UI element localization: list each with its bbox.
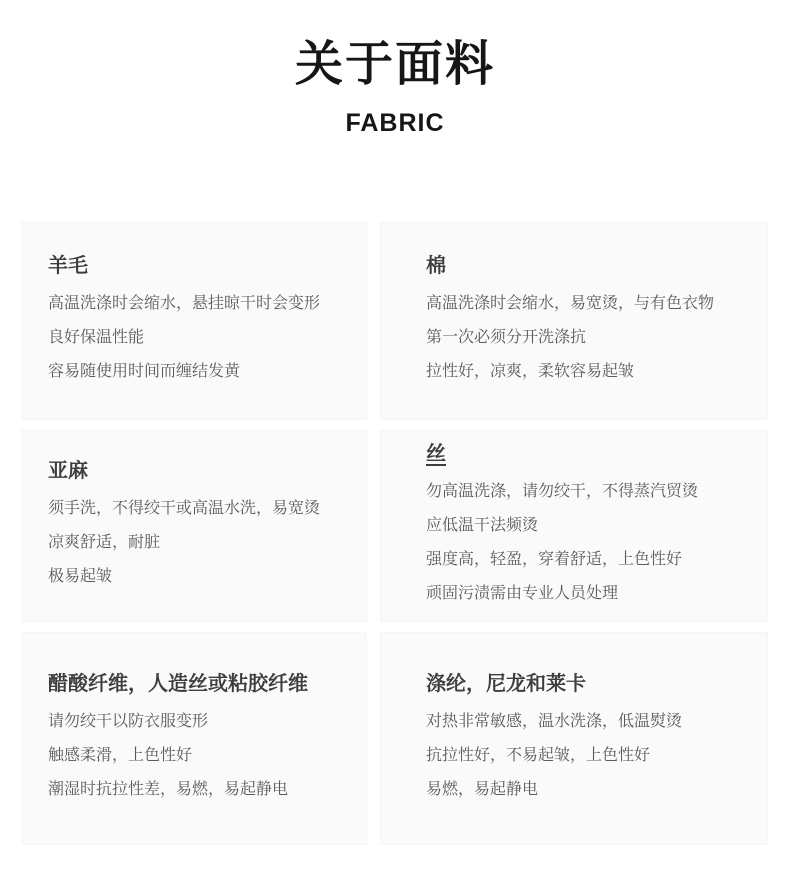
card-line: 容易随使用时间而缠结发黄 xyxy=(48,355,348,389)
card-line: 易燃，易起静电 xyxy=(426,773,749,807)
card-line: 高温洗涤时会缩水，易宽烫，与有色衣物 xyxy=(426,287,749,321)
card-line: 请勿绞干以防衣服变形 xyxy=(48,705,348,739)
card-line: 抗拉性好，不易起皱，上色性好 xyxy=(426,739,749,773)
card-title: 丝 xyxy=(426,441,749,467)
card-line: 潮湿时抗拉性差，易燃，易起静电 xyxy=(48,773,348,807)
card-title: 亚麻 xyxy=(48,458,348,484)
fabric-card-linen: 亚麻 须手洗，不得绞干或高温水洗，易宽烫 凉爽舒适，耐脏 极易起皱 xyxy=(22,430,367,622)
card-line: 凉爽舒适，耐脏 xyxy=(48,526,348,560)
page-header: 关于面料 FABRIC xyxy=(0,0,790,138)
card-line: 触感柔滑，上色性好 xyxy=(48,739,348,773)
card-line: 须手洗，不得绞干或高温水洗，易宽烫 xyxy=(48,492,348,526)
card-line: 第一次必须分开洗涤抗 xyxy=(426,321,749,355)
card-line: 良好保温性能 xyxy=(48,321,348,355)
card-line: 极易起皱 xyxy=(48,560,348,594)
card-title: 棉 xyxy=(426,253,749,279)
card-line: 强度高，轻盈，穿着舒适，上色性好 xyxy=(426,543,749,577)
card-title: 醋酸纤维，人造丝或粘胶纤维 xyxy=(48,671,348,697)
page-title: 关于面料 xyxy=(0,36,790,94)
card-line: 顽固污渍需由专业人员处理 xyxy=(426,577,749,611)
card-title: 涤纶，尼龙和莱卡 xyxy=(426,671,749,697)
card-title: 羊毛 xyxy=(48,253,348,279)
fabric-card-acetate-rayon-viscose: 醋酸纤维，人造丝或粘胶纤维 请勿绞干以防衣服变形 触感柔滑，上色性好 潮湿时抗拉… xyxy=(22,632,367,845)
card-line: 勿高温洗涤，请勿绞干，不得蒸汽贸烫 xyxy=(426,475,749,509)
card-line: 高温洗涤时会缩水，悬挂晾干时会变形 xyxy=(48,287,348,321)
fabric-card-silk: 丝 勿高温洗涤，请勿绞干，不得蒸汽贸烫 应低温干法频烫 强度高，轻盈，穿着舒适，… xyxy=(380,430,768,622)
fabric-card-polyester-nylon-lycra: 涤纶，尼龙和莱卡 对热非常敏感，温水洗涤，低温熨烫 抗拉性好，不易起皱，上色性好… xyxy=(380,632,768,845)
page-subtitle: FABRIC xyxy=(0,108,790,138)
card-line: 拉性好，凉爽，柔软容易起皱 xyxy=(426,355,749,389)
fabric-card-cotton: 棉 高温洗涤时会缩水，易宽烫，与有色衣物 第一次必须分开洗涤抗 拉性好，凉爽，柔… xyxy=(380,222,768,420)
card-line: 应低温干法频烫 xyxy=(426,509,749,543)
fabric-card-grid: 羊毛 高温洗涤时会缩水，悬挂晾干时会变形 良好保温性能 容易随使用时间而缠结发黄… xyxy=(22,222,768,845)
fabric-card-wool: 羊毛 高温洗涤时会缩水，悬挂晾干时会变形 良好保温性能 容易随使用时间而缠结发黄 xyxy=(22,222,367,420)
card-line: 对热非常敏感，温水洗涤，低温熨烫 xyxy=(426,705,749,739)
fabric-info-page: 关于面料 FABRIC 羊毛 高温洗涤时会缩水，悬挂晾干时会变形 良好保温性能 … xyxy=(0,0,790,883)
